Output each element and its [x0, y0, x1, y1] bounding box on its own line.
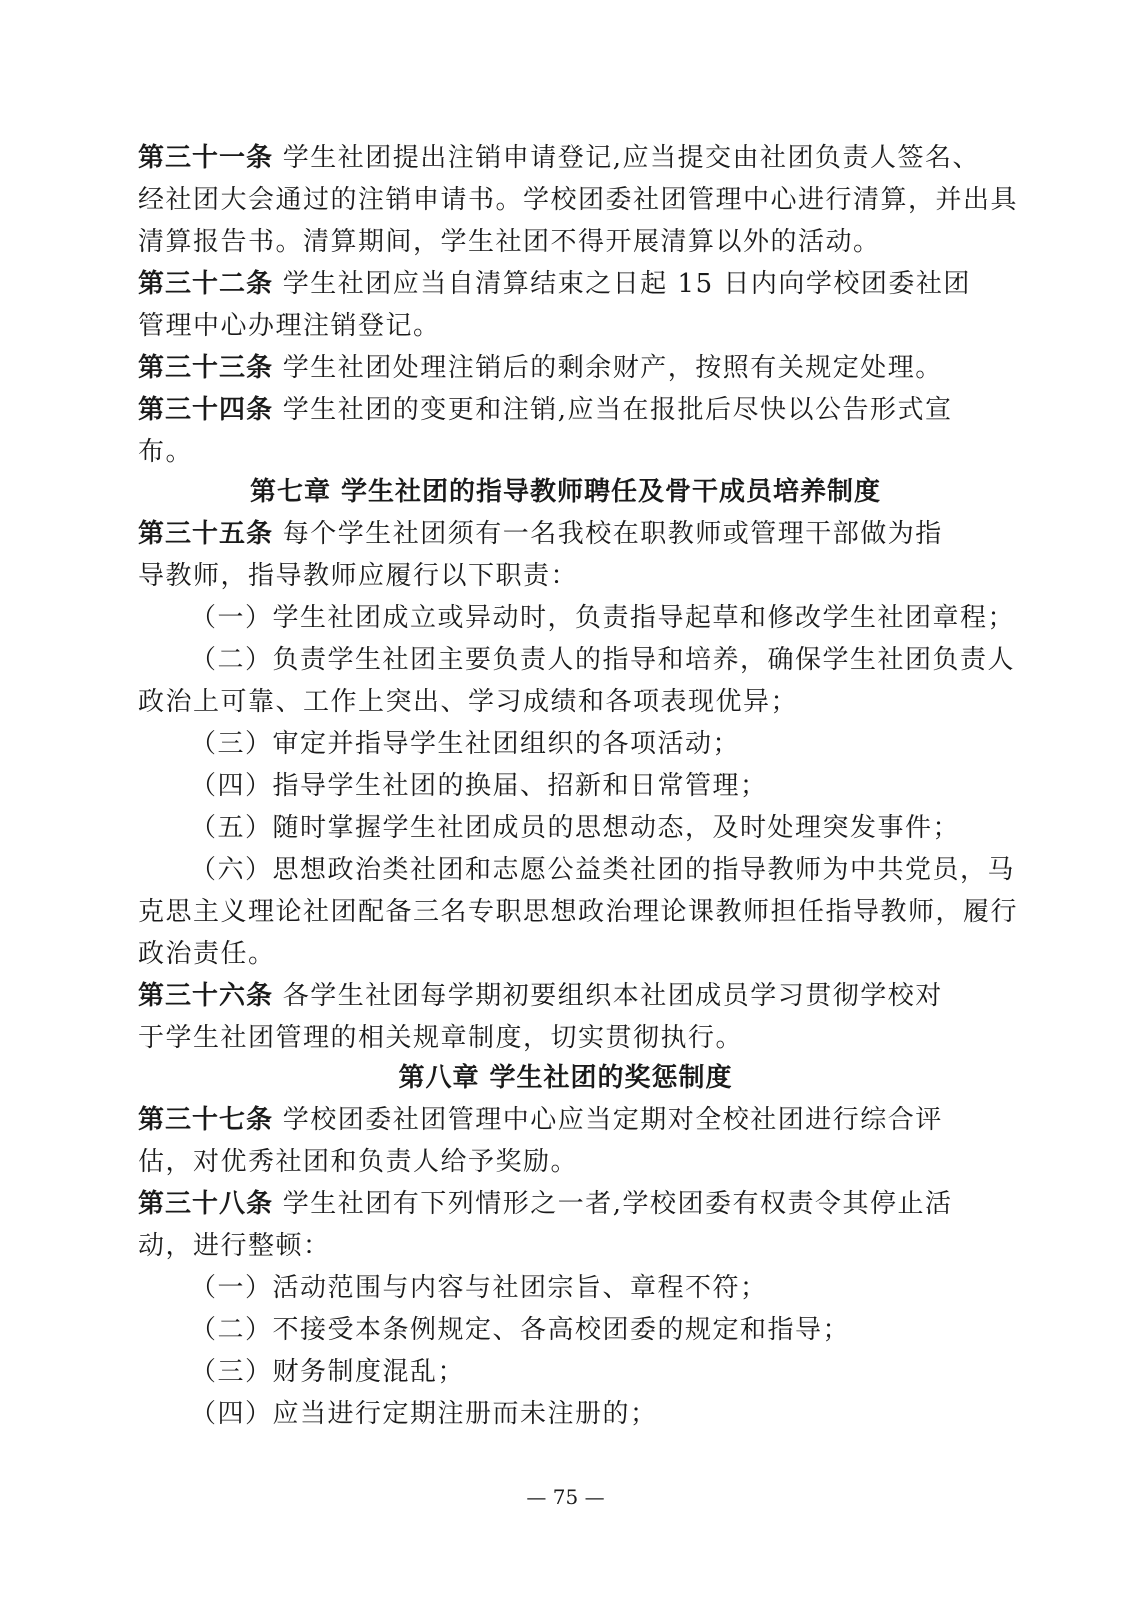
- document-page: 第三十一条 学生社团提出注销申请登记,应当提交由社团负责人签名、 经社团大会通过…: [0, 0, 1131, 1600]
- chapter-8-heading: 第八章 学生社团的奖惩制度: [0, 1058, 1131, 1098]
- article-36-line-2: 于学生社团管理的相关规章制度，切实贯彻执行。: [138, 1018, 978, 1058]
- article-33-line-1: 第三十三条 学生社团处理注销后的剩余财产，按照有关规定处理。: [138, 348, 978, 388]
- article-36-line-1: 第三十六条 各学生社团每学期初要组织本社团成员学习贯彻学校对: [138, 976, 978, 1016]
- article-35-line-1: 第三十五条 每个学生社团须有一名我校在职教师或管理干部做为指: [138, 514, 978, 554]
- article-32-line-2: 管理中心办理注销登记。: [138, 306, 978, 346]
- article-35-item-2: （二）负责学生社团主要负责人的指导和培养，确保学生社团负责人: [190, 640, 1030, 680]
- article-37-line-2: 估，对优秀社团和负责人给予奖励。: [138, 1142, 978, 1182]
- article-35-item-6-cont-1: 克思主义理论社团配备三名专职思想政治理论课教师担任指导教师，履行: [138, 892, 978, 932]
- article-38-item-4: （四）应当进行定期注册而未注册的；: [190, 1394, 1030, 1434]
- article-34-line-2: 布。: [138, 432, 978, 472]
- article-35-line-2: 导教师，指导教师应履行以下职责：: [138, 556, 978, 596]
- article-35-item-6: （六）思想政治类社团和志愿公益类社团的指导教师为中共党员，马: [190, 850, 1030, 890]
- article-34-line-1: 第三十四条 学生社团的变更和注销,应当在报批后尽快以公告形式宣: [138, 390, 978, 430]
- chapter-7-heading: 第七章 学生社团的指导教师聘任及骨干成员培养制度: [0, 472, 1131, 512]
- article-35-item-1: （一）学生社团成立或异动时，负责指导起草和修改学生社团章程；: [190, 598, 1030, 638]
- article-38-item-3: （三）财务制度混乱；: [190, 1352, 1030, 1392]
- article-37-line-1: 第三十七条 学校团委社团管理中心应当定期对全校社团进行综合评: [138, 1100, 978, 1140]
- article-31-line-3: 清算报告书。清算期间，学生社团不得开展清算以外的活动。: [138, 222, 978, 262]
- article-35-item-3: （三）审定并指导学生社团组织的各项活动；: [190, 724, 1030, 764]
- article-35-item-5: （五）随时掌握学生社团成员的思想动态，及时处理突发事件；: [190, 808, 1030, 848]
- article-38-item-1: （一）活动范围与内容与社团宗旨、章程不符；: [190, 1268, 1030, 1308]
- article-35-item-4: （四）指导学生社团的换届、招新和日常管理；: [190, 766, 1030, 806]
- article-35-item-6-cont-2: 政治责任。: [138, 934, 978, 974]
- article-38-line-1: 第三十八条 学生社团有下列情形之一者,学校团委有权责令其停止活: [138, 1184, 978, 1224]
- article-32-line-1: 第三十二条 学生社团应当自清算结束之日起 15 日内向学校团委社团: [138, 264, 978, 304]
- article-31-line-2: 经社团大会通过的注销申请书。学校团委社团管理中心进行清算，并出具: [138, 180, 978, 220]
- article-31-line-1: 第三十一条 学生社团提出注销申请登记,应当提交由社团负责人签名、: [138, 138, 978, 178]
- article-35-item-2-cont: 政治上可靠、工作上突出、学习成绩和各项表现优异；: [138, 682, 978, 722]
- article-38-item-2: （二）不接受本条例规定、各高校团委的规定和指导；: [190, 1310, 1030, 1350]
- article-38-line-2: 动，进行整顿：: [138, 1226, 978, 1266]
- page-number: — 75 —: [0, 1485, 1131, 1509]
